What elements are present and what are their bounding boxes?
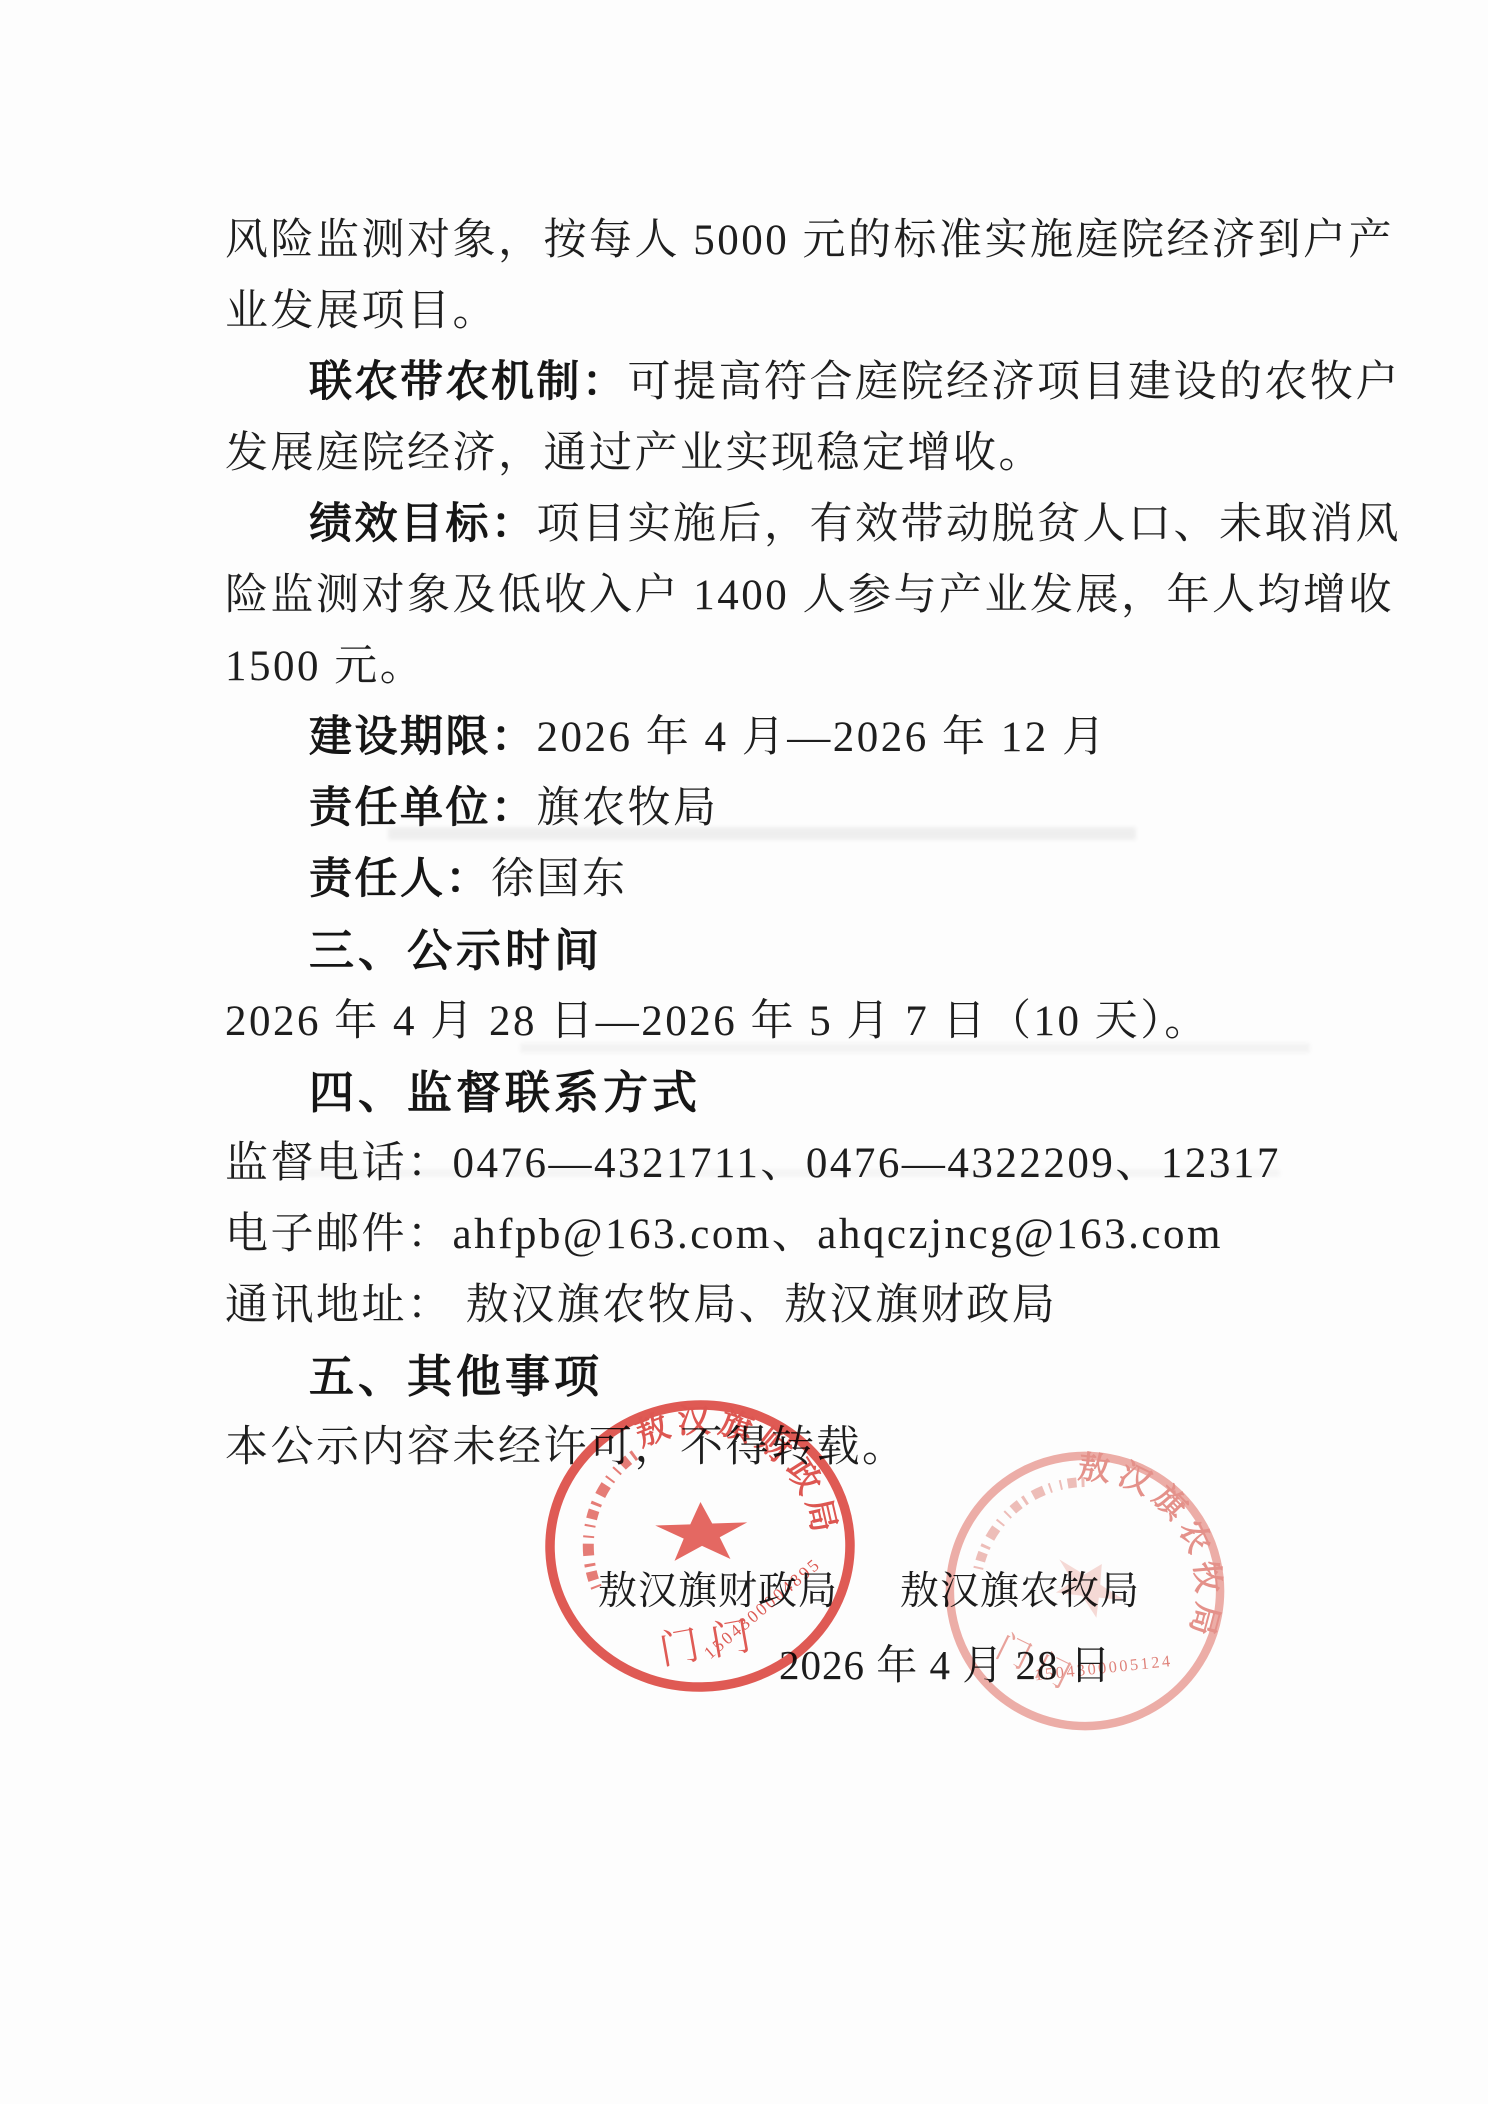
text-line: 风险监测对象，按每人 5000 元的标准实施庭院经济到户产 [225,205,1305,276]
text-segment: 徐国东 [491,856,628,903]
text-line: 业发展项目。 [225,276,1305,347]
inline-label: 绩效目标： [309,501,537,548]
inline-label: 四、监督联系方式 [309,1067,701,1118]
star-icon [1043,1544,1134,1626]
text-segment: 监督电话：0476—4321711、0476—4322209、12317 [225,1140,1281,1187]
text-line: 电子邮件：ahfpb@163.com、ahqczjncg@163.com [225,1199,1305,1270]
document-lines: 风险监测对象，按每人 5000 元的标准实施庭院经济到户产业发展项目。联农带农机… [225,205,1305,1483]
section-heading: 四、监督联系方式 [225,1057,1305,1128]
text-line: 联农带农机制：可提高符合庭院经济项目建设的农牧户 [225,347,1305,418]
text-segment: 可提高符合庭院经济项目建设的农牧户 [628,359,1402,406]
text-line: 绩效目标：项目实施后，有效带动脱贫人口、未取消风 [225,489,1305,560]
text-segment: 项目实施后，有效带动脱贫人口、未取消风 [537,501,1402,548]
text-segment: 1500 元。 [225,643,425,690]
text-line: 责任人：徐国东 [225,844,1305,915]
seal-mongolian-script [585,1451,645,1588]
scan-artifact [388,827,1136,840]
text-segment: 发展庭院经济，通过产业实现稳定增收。 [225,430,1044,477]
seal-org-arc-text: 敖汉旗农牧局 [1025,1447,1229,1654]
official-seal-finance: 敖汉旗财政局 1504300004895 门门 [533,1392,867,1699]
inline-label: 联农带农机制： [309,359,628,406]
text-segment: 2026 年 4 月—2026 年 12 月 [537,714,1108,761]
text-line: 发展庭院经济，通过产业实现稳定增收。 [225,418,1305,489]
text-line: 建设期限：2026 年 4 月—2026 年 12 月 [225,702,1305,773]
text-segment: 电子邮件：ahfpb@163.com、ahqczjncg@163.com [225,1211,1223,1258]
text-segment: 旗农牧局 [537,785,719,832]
text-line: 1500 元。 [225,631,1305,702]
inline-label: 五、其他事项 [309,1351,603,1402]
scan-artifact [300,1169,1280,1177]
text-segment: 2026 年 4 月 28 日—2026 年 5 月 7 日（10 天）。 [225,998,1210,1045]
text-line: 通讯地址： 敖汉旗农牧局、敖汉旗财政局 [225,1270,1305,1341]
scan-artifact [520,1043,1310,1053]
inline-label: 责任单位： [309,785,537,832]
page: 风险监测对象，按每人 5000 元的标准实施庭院经济到户产业发展项目。联农带农机… [0,0,1488,2104]
star-icon [654,1500,748,1561]
section-heading: 三、公示时间 [225,915,1305,986]
official-seal-agriculture: 敖汉旗农牧局 1504300005124 门门 [941,1447,1229,1735]
inline-label: 责任人： [309,856,491,903]
text-segment: 通讯地址： 敖汉旗农牧局、敖汉旗财政局 [225,1282,1057,1329]
text-segment: 风险监测对象，按每人 5000 元的标准实施庭院经济到户产 [225,217,1394,264]
text-line: 险监测对象及低收入户 1400 人参与产业发展，年人均增收 [225,560,1305,631]
seal-bottom-glyphs: 门门 [656,1611,766,1673]
seal-bottom-glyphs: 门门 [990,1628,1085,1700]
inline-label: 三、公示时间 [309,925,603,976]
inline-label: 建设期限： [309,714,537,761]
text-segment: 业发展项目。 [225,288,498,335]
text-line: 监督电话：0476—4321711、0476—4322209、12317 [225,1128,1305,1199]
text-segment: 险监测对象及低收入户 1400 人参与产业发展，年人均增收 [225,572,1394,619]
